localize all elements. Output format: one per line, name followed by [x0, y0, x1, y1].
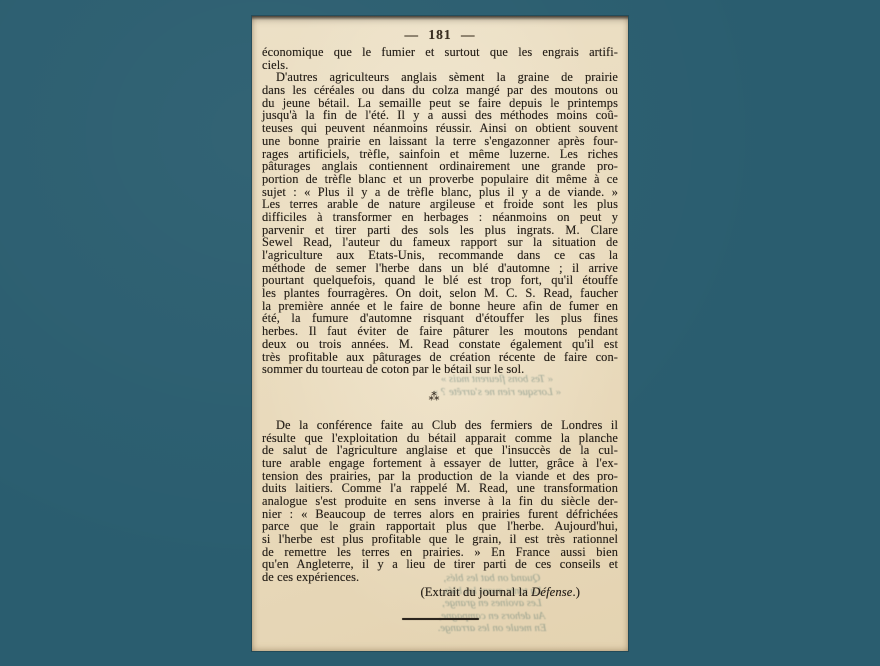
text-line: dans les céréales ou dans du colza mangé… [262, 84, 618, 97]
text-line: portion de trèfle blanc et un proverbe p… [262, 173, 618, 186]
text-line: teuses qui peuvent néanmoins réussir. Ai… [262, 122, 618, 135]
page-body-text: économique que le fumier et surtout que … [262, 46, 618, 620]
text-line: de ces expériences. [262, 571, 618, 584]
attribution-suffix: .) [572, 585, 580, 599]
attribution-prefix: (Extrait du journal la [420, 585, 531, 599]
text-line: De la conférence faite au Club des fermi… [262, 419, 618, 432]
page-number-header: — 181 — [252, 27, 628, 43]
text-line: sommer du tourteau de coton par le bétai… [262, 363, 618, 376]
text-line: herbes. Il faut éviter de faire pâturer … [262, 325, 618, 338]
text-line: si l'herbe est plus profitable que le gr… [262, 533, 618, 546]
paragraph-conference-londres: De la conférence faite au Club des fermi… [262, 419, 618, 584]
asterism-icon: ⁂ [429, 392, 440, 403]
text-line: une bonne prairie en laissant la terre s… [262, 135, 618, 148]
paragraph-continuation: économique que le fumier et surtout que … [262, 46, 618, 71]
scan-background: — 181 — économique que le fumier et surt… [0, 0, 880, 666]
paragraph-semis-prairies: D'autres agriculteurs anglais sèment la … [262, 71, 618, 376]
text-line: pâturages anglais contiennent ordinairem… [262, 160, 618, 173]
end-of-article-rule [402, 618, 479, 620]
source-attribution: (Extrait du journal la Défense.) [262, 585, 618, 599]
text-line: ture arable engage fortement à essayer d… [262, 457, 618, 470]
text-line: économique que le fumier et surtout que … [262, 46, 618, 59]
text-line: En meule on les arrange. [402, 622, 582, 635]
scanned-book-page: — 181 — économique que le fumier et surt… [252, 16, 628, 651]
text-line: deux ou trois années. M. Read constate é… [262, 338, 618, 351]
text-line: analogue s'est produite en sens inverse … [262, 495, 618, 508]
section-separator: ⁂ [262, 376, 618, 419]
journal-name: Défense [531, 585, 572, 599]
text-line: l'agriculture aux Etats-Unis, recommande… [262, 249, 618, 262]
text-line: les plantes fourragères. On doit, selon … [262, 287, 618, 300]
text-line: difficiles à transformer en herbages : n… [262, 211, 618, 224]
